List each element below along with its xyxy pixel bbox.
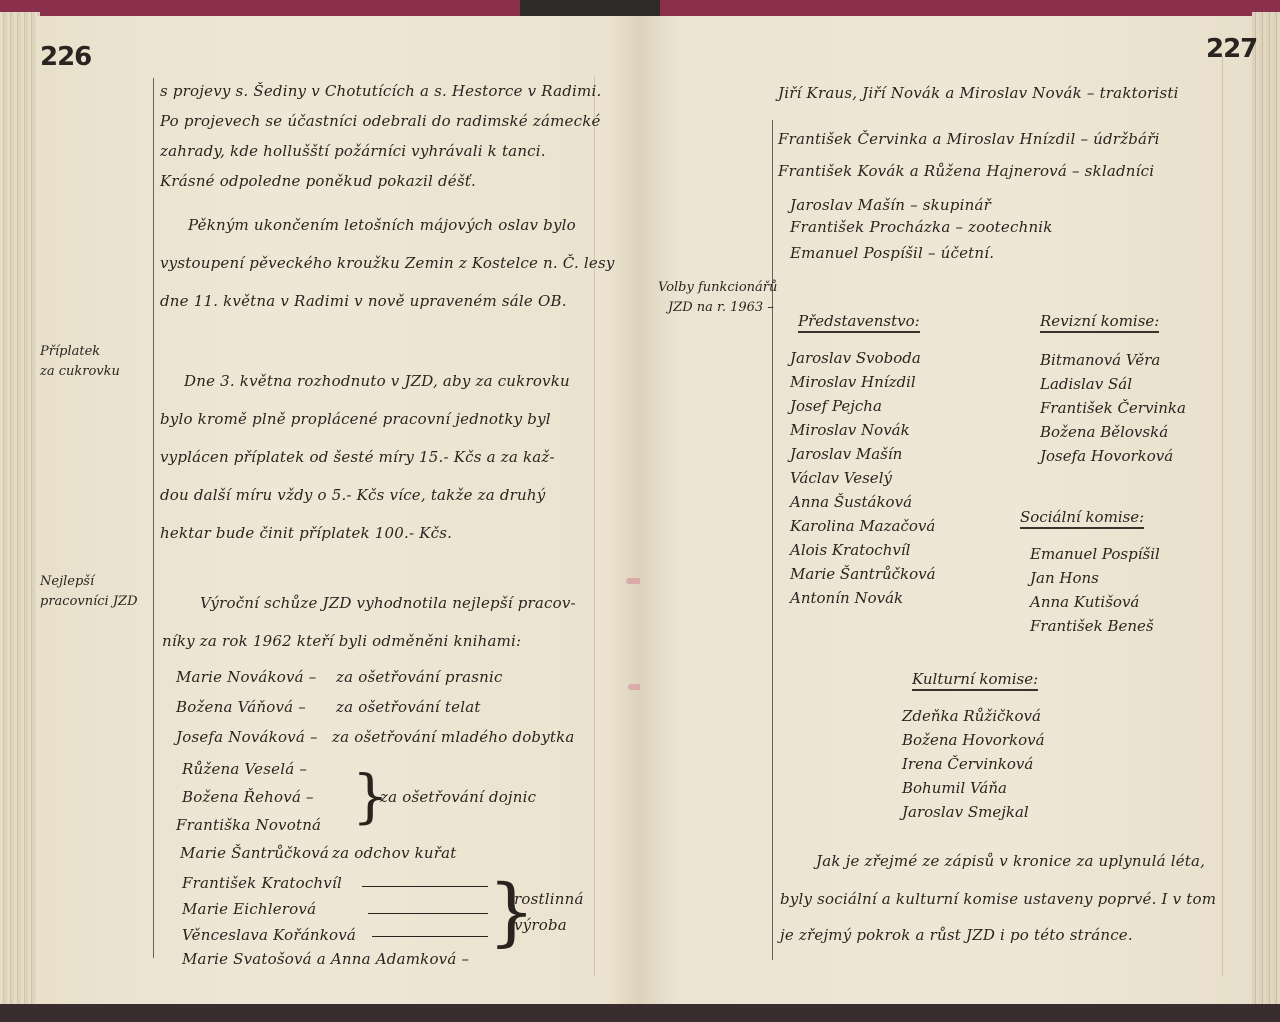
margin-note-elections: Volby funkcionářů JZD na r. 1963 – bbox=[658, 278, 777, 318]
award-name: Františka Novotná bbox=[176, 816, 321, 834]
text-line: níky za rok 1962 kteří byli odměněni kni… bbox=[162, 632, 521, 650]
margin-note-line: pracovníci JZD bbox=[40, 592, 138, 612]
text-line: Dne 3. května rozhodnuto v JZD, aby za c… bbox=[184, 372, 570, 390]
page-number: 227 bbox=[1206, 34, 1257, 64]
left-page: 226 s projevy s. Šediny v Chotutících a … bbox=[36, 16, 640, 1004]
audit-commission-heading: Revizní komise: bbox=[1040, 312, 1159, 333]
margin-note-line: Příplatek bbox=[40, 342, 120, 362]
cultural-commission-heading: Kulturní komise: bbox=[912, 670, 1038, 691]
connector-line bbox=[362, 886, 488, 887]
member: František Červinka bbox=[1040, 396, 1186, 420]
text-line: Krásné odpoledne poněkud pokazil déšť. bbox=[160, 172, 476, 190]
member: Zdeňka Růžičková bbox=[902, 704, 1045, 728]
award-reason: výroba bbox=[514, 916, 567, 934]
cultural-commission-members: Zdeňka Růžičková Božena Hovorková Irena … bbox=[902, 704, 1045, 824]
cover-shadow bbox=[520, 0, 660, 16]
award-reason: za odchov kuřat bbox=[332, 844, 456, 862]
award-name: Josefa Nováková – bbox=[176, 728, 318, 746]
text-line: bylo kromě plně proplácené pracovní jedn… bbox=[160, 410, 551, 428]
member: Miroslav Hnízdil bbox=[790, 370, 936, 394]
award-name: Růžena Veselá – bbox=[182, 760, 307, 778]
award-name: Marie Svatošová a Anna Adamková – bbox=[182, 950, 469, 968]
staff-line: Jaroslav Mašín – skupinář bbox=[790, 196, 991, 214]
page-edges-left bbox=[0, 12, 40, 1004]
audit-commission-members: Bitmanová Věra Ladislav Sál František Če… bbox=[1040, 348, 1186, 468]
board-members: Jaroslav Svoboda Miroslav Hnízdil Josef … bbox=[790, 346, 936, 610]
member: Božena Bělovská bbox=[1040, 420, 1186, 444]
margin-note-line: Volby funkcionářů bbox=[658, 278, 777, 298]
brace-icon: } bbox=[488, 862, 535, 962]
margin-rule bbox=[153, 78, 154, 958]
social-commission-heading: Sociální komise: bbox=[1020, 508, 1144, 529]
award-name: Marie Šantrůčková bbox=[180, 844, 329, 862]
member: Bohumil Váňa bbox=[902, 776, 1045, 800]
social-commission-members: Emanuel Pospíšil Jan Hons Anna Kutišová … bbox=[1030, 542, 1160, 638]
text-line: Jak je zřejmé ze zápisů v kronice za upl… bbox=[816, 852, 1205, 870]
text-line: je zřejmý pokrok a růst JZD i po této st… bbox=[780, 926, 1133, 944]
page-number: 226 bbox=[40, 42, 91, 72]
staff-line: František Procházka – zootechnik bbox=[790, 218, 1053, 236]
staff-line: František Červinka a Miroslav Hnízdil – … bbox=[778, 130, 1160, 148]
faint-margin-rule bbox=[594, 76, 595, 976]
right-page: 227 Jiří Kraus, Jiří Novák a Miroslav No… bbox=[640, 16, 1252, 1004]
member: František Beneš bbox=[1030, 614, 1160, 638]
member: Karolina Mazačová bbox=[790, 514, 936, 538]
staff-line: Emanuel Pospíšil – účetní. bbox=[790, 244, 994, 262]
member: Božena Hovorková bbox=[902, 728, 1045, 752]
award-reason: za ošetřování telat bbox=[336, 698, 481, 716]
text-line: s projevy s. Šediny v Chotutících a s. H… bbox=[160, 82, 601, 100]
margin-note-line: JZD na r. 1963 – bbox=[658, 298, 777, 318]
staff-line: František Kovák a Růžena Hajnerová – skl… bbox=[778, 162, 1154, 180]
member: Jaroslav Mašín bbox=[790, 442, 936, 466]
member: Emanuel Pospíšil bbox=[1030, 542, 1160, 566]
book-cover-bottom bbox=[0, 1004, 1280, 1022]
margin-note-supplement: Příplatek za cukrovku bbox=[40, 342, 120, 382]
text-line: dne 11. května v Radimi v nově upraveném… bbox=[160, 292, 567, 310]
text-line: vyplácen příplatek od šesté míry 15.- Kč… bbox=[160, 448, 555, 466]
text-line: dou další míru vždy o 5.- Kčs více, takž… bbox=[160, 486, 545, 504]
text-line: vystoupení pěveckého kroužku Zemin z Kos… bbox=[160, 254, 615, 272]
text-line: hektar bude činit příplatek 100.- Kčs. bbox=[160, 524, 452, 542]
text-line: Pěkným ukončením letošních májových osla… bbox=[188, 216, 576, 234]
margin-note-line: Nejlepší bbox=[40, 572, 138, 592]
faint-margin-rule bbox=[1222, 56, 1223, 976]
award-reason: za ošetřování prasnic bbox=[336, 668, 503, 686]
member: Antonín Novák bbox=[790, 586, 936, 610]
award-reason: za ošetřování dojnic bbox=[380, 788, 536, 806]
margin-rule bbox=[772, 120, 773, 960]
margin-note-best-workers: Nejlepší pracovníci JZD bbox=[40, 572, 138, 612]
member: Jaroslav Smejkal bbox=[902, 800, 1045, 824]
award-reason: rostlinná bbox=[514, 890, 584, 908]
member: Jan Hons bbox=[1030, 566, 1160, 590]
award-name: Věnceslava Kořánková bbox=[182, 926, 356, 944]
member: Anna Kutišová bbox=[1030, 590, 1160, 614]
member: Marie Šantrůčková bbox=[790, 562, 936, 586]
member: Ladislav Sál bbox=[1040, 372, 1186, 396]
text-line: Výroční schůze JZD vyhodnotila nejlepší … bbox=[200, 594, 576, 612]
member: Josefa Hovorková bbox=[1040, 444, 1186, 468]
award-name: Božena Řehová – bbox=[182, 788, 314, 806]
member: Alois Kratochvíl bbox=[790, 538, 936, 562]
book-cover-top bbox=[0, 0, 1280, 16]
staff-line: Jiří Kraus, Jiří Novák a Miroslav Novák … bbox=[778, 84, 1179, 102]
board-heading: Představenstvo: bbox=[798, 312, 920, 333]
award-name: Marie Nováková – bbox=[176, 668, 317, 686]
award-name: František Kratochvíl bbox=[182, 874, 342, 892]
member: Irena Červinková bbox=[902, 752, 1045, 776]
page-edges-right bbox=[1252, 12, 1280, 1004]
connector-line bbox=[372, 936, 488, 937]
member: Anna Šustáková bbox=[790, 490, 936, 514]
award-reason: za ošetřování mladého dobytka bbox=[332, 728, 575, 746]
award-name: Marie Eichlerová bbox=[182, 900, 316, 918]
member: Jaroslav Svoboda bbox=[790, 346, 936, 370]
text-line: byly sociální a kulturní komise ustaveny… bbox=[780, 890, 1216, 908]
connector-line bbox=[368, 913, 488, 914]
award-name: Božena Váňová – bbox=[176, 698, 306, 716]
member: Bitmanová Věra bbox=[1040, 348, 1186, 372]
margin-note-line: za cukrovku bbox=[40, 362, 120, 382]
member: Miroslav Novák bbox=[790, 418, 936, 442]
text-line: Po projevech se účastníci odebrali do ra… bbox=[160, 112, 601, 130]
member: Josef Pejcha bbox=[790, 394, 936, 418]
text-line: zahrady, kde hollušští požárníci vyhráva… bbox=[160, 142, 546, 160]
member: Václav Veselý bbox=[790, 466, 936, 490]
